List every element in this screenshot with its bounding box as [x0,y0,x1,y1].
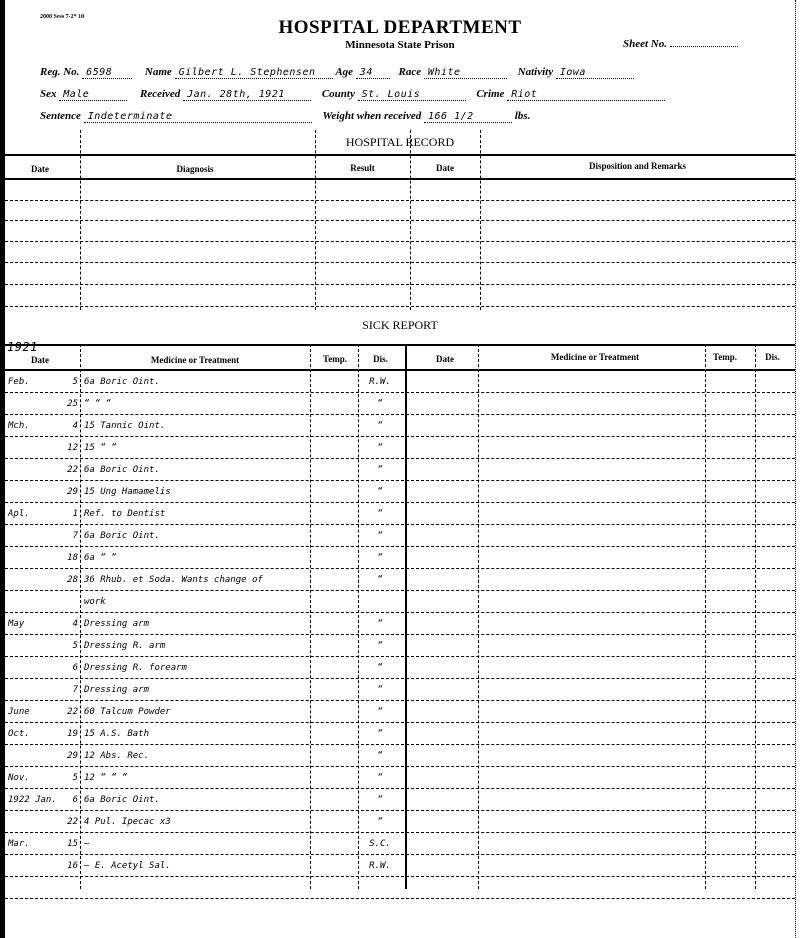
row-treatment: 15 A.S. Bath [84,729,344,739]
row-day: 15 [50,839,78,849]
row-day: 19 [50,729,78,739]
row-dis: “ [360,465,400,475]
table-row: 2912 Abs. Rec.“ [0,748,405,768]
reg-no-value: 6598 [82,67,132,79]
row-dis: “ [360,641,400,651]
sheet-number-value [670,46,738,47]
table-row: 226a Boric Oint.“ [0,462,405,482]
sr-col-temp-right: Temp. [705,352,745,362]
row-day: 28 [50,575,78,585]
row-day: 22 [50,465,78,475]
row-day: 29 [50,487,78,497]
row-day: 22 [50,817,78,827]
row-day: 7 [50,685,78,695]
sheet-number-field: Sheet No. [623,38,738,50]
age-value: 34 [356,67,390,79]
table-row: Apl.1Ref. to Dentist“ [0,506,405,526]
page-title: HOSPITAL DEPARTMENT [0,17,800,39]
divider [5,178,795,180]
name-value: Gilbert L. Stephensen [175,67,333,79]
table-row: June2260 Talcum Powder“ [0,704,405,724]
row-month: Apl. [8,509,52,519]
row-dis: “ [360,663,400,673]
hr-col-disposition: Disposition and Remarks [480,161,795,171]
table-row: 186a “ ““ [0,550,405,570]
row-dis: “ [360,685,400,695]
row-day: 29 [50,751,78,761]
row-day: 7 [50,531,78,541]
rule [5,262,795,263]
table-row: 224 Pul. Ipecac x3“ [0,814,405,834]
row-treatment: 6a “ “ [84,553,344,563]
race-label: Race [399,66,422,78]
sr-col-date-right: Date [410,354,480,364]
nativity-label: Nativity [518,66,553,78]
row-dis: “ [360,795,400,805]
year-note: 1921 [7,340,38,354]
row-day: 4 [50,421,78,431]
table-row: 16— E. Acetyl Sal.R.W. [0,858,405,878]
row-day: 22 [50,707,78,717]
crime-value: Riot [507,89,665,101]
row-day: 4 [50,619,78,629]
table-row: 7Dressing arm“ [0,682,405,702]
table-row: 25“ “ ““ [0,396,405,416]
rule [755,344,756,889]
row-treatment: work [84,597,344,607]
row-treatment: 6a Boric Oint. [84,795,344,805]
row-treatment: Dressing R. arm [84,641,344,651]
row-day: 5 [50,773,78,783]
rule [480,130,481,310]
row-dis: “ [360,707,400,717]
row-treatment: Ref. to Dentist [84,509,344,519]
row-treatment: 15 Tannic Oint. [84,421,344,431]
sr-col-date: Date [10,355,70,365]
sentence-value: Indeterminate [84,111,312,123]
county-value: St. Louis [358,89,466,101]
received-value: Jan. 28th, 1921 [183,89,311,101]
identity-row: Reg. No. 6598 Name Gilbert L. Stephensen… [40,66,634,79]
reg-no-label: Reg. No. [40,66,79,78]
race-value: White [424,67,507,79]
sick-report-title: SICK REPORT [0,318,800,333]
row-dis: “ [360,575,400,585]
table-row: May4Dressing arm“ [0,616,405,636]
rule [5,220,795,221]
row-day: 16 [50,861,78,871]
table-row: 1215 “ ““ [0,440,405,460]
table-row: 2915 Ung Hamamelis“ [0,484,405,504]
table-row: work [0,594,405,614]
hr-col-date-2: Date [410,163,480,173]
table-row: Feb.56a Boric Oint.R.W. [0,374,405,394]
nativity-value: Iowa [556,67,634,79]
rule [5,241,795,242]
row-dis: “ [360,751,400,761]
divider [5,344,795,346]
row-dis: R.W. [360,377,400,387]
row-month: June [8,707,52,717]
rule [5,306,795,307]
row-treatment: — E. Acetyl Sal. [84,861,344,871]
sex-value: Male [59,89,127,101]
crime-label: Crime [476,88,504,100]
hr-col-result: Result [315,163,410,173]
sr-col-dis: Dis. [358,354,403,364]
row-day: 6 [50,663,78,673]
row-month: 1922 Jan. [8,795,52,805]
table-row: 1922 Jan.66a Boric Oint.“ [0,792,405,812]
rule [5,898,795,899]
hr-col-date: Date [10,164,70,174]
row-treatment: Dressing R. forearm [84,663,344,673]
row-dis: “ [360,553,400,563]
rule [478,344,479,889]
table-row: 76a Boric Oint.“ [0,528,405,548]
table-row: 6Dressing R. forearm“ [0,660,405,680]
sex-label: Sex [40,88,57,100]
table-row: 5Dressing R. arm“ [0,638,405,658]
row-day: 5 [50,641,78,651]
row-month: May [8,619,52,629]
row-treatment: 6a Boric Oint. [84,465,344,475]
row-treatment: Dressing arm [84,685,344,695]
hospital-record-title: HOSPITAL RECORD [0,135,800,150]
row-dis: “ [360,487,400,497]
received-label: Received [140,88,180,100]
sr-col-dis-right: Dis. [755,352,790,362]
row-treatment: 6a Boric Oint. [84,377,344,387]
row-treatment: 12 “ “ “ [84,773,344,783]
row-day: 18 [50,553,78,563]
row-month: Oct. [8,729,52,739]
row-day: 1 [50,509,78,519]
county-label: County [322,88,355,100]
row-treatment: 4 Pul. Ipecac x3 [84,817,344,827]
row-dis: “ [360,729,400,739]
row-treatment: 36 Rhub. et Soda. Wants change of [84,575,344,585]
row-month: Nov. [8,773,52,783]
intake-row: Sex Male Received Jan. 28th, 1921 County… [40,88,665,101]
weight-value: 166 1/2 [424,111,512,123]
row-day: 6 [50,795,78,805]
sheet-number-label: Sheet No. [623,38,667,50]
table-row: Mch.415 Tannic Oint.“ [0,418,405,438]
row-dis: “ [360,399,400,409]
sentence-row: Sentence Indeterminate Weight when recei… [40,110,530,123]
hr-col-diagnosis: Diagnosis [80,164,310,174]
rule [80,130,81,310]
row-treatment: 60 Talcum Powder [84,707,344,717]
table-row: Oct.1915 A.S. Bath“ [0,726,405,746]
weight-label: Weight when received [322,110,421,122]
row-treatment: Dressing arm [84,619,344,629]
table-row: Mar.15—S.C. [0,836,405,856]
row-dis: “ [360,443,400,453]
row-treatment: 12 Abs. Rec. [84,751,344,761]
row-month: Feb. [8,377,52,387]
row-dis: “ [360,421,400,431]
rule [5,284,795,285]
row-treatment: “ “ “ [84,399,344,409]
row-day: 5 [50,377,78,387]
weight-unit: lbs. [515,110,531,122]
row-dis: “ [360,817,400,827]
row-dis: R.W. [360,861,400,871]
rule [5,200,795,201]
row-dis: “ [360,509,400,519]
rule [410,130,411,310]
sr-col-temp: Temp. [315,354,355,364]
name-label: Name [145,66,172,78]
rule [315,130,316,310]
sr-col-treatment-right: Medicine or Treatment [480,352,710,362]
row-treatment: 6a Boric Oint. [84,531,344,541]
sentence-label: Sentence [40,110,81,122]
sr-col-treatment: Medicine or Treatment [80,355,310,365]
row-dis: “ [360,531,400,541]
divider [5,154,795,156]
table-row: 2836 Rhub. et Soda. Wants change of“ [0,572,405,592]
rule [405,344,407,889]
age-label: Age [335,66,353,78]
divider [5,369,795,371]
row-month: Mar. [8,839,52,849]
row-day: 12 [50,443,78,453]
rule [705,344,706,889]
row-month: Mch. [8,421,52,431]
row-dis: S.C. [360,839,400,849]
row-dis: “ [360,619,400,629]
row-treatment: 15 Ung Hamamelis [84,487,344,497]
row-day: 25 [50,399,78,409]
row-treatment: — [84,839,344,849]
table-row: Nov.512 “ “ ““ [0,770,405,790]
row-dis: “ [360,773,400,783]
row-treatment: 15 “ “ [84,443,344,453]
